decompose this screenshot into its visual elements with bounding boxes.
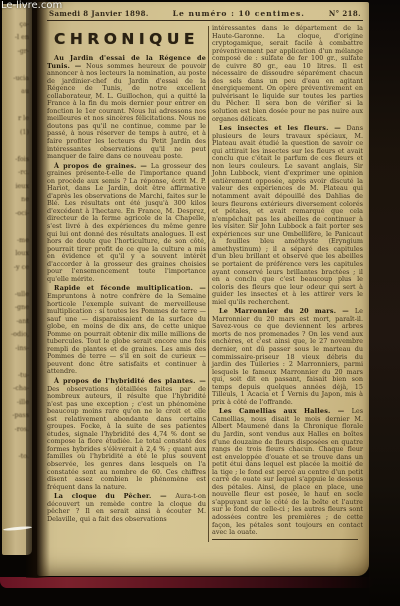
previous-page-text-fragment: [2, 355, 32, 369]
chronicle-item: intéressantes dans le département de la …: [212, 25, 363, 123]
column-end-rule: [212, 539, 358, 540]
chronicle-item: À propos de graines. — La grosseur des g…: [47, 163, 206, 284]
previous-page-text-fragment: -tu-: [2, 369, 32, 383]
page-content: Samedi 8 Janvier 1898. Le numéro : 10 ce…: [37, 2, 369, 552]
previous-page-text-fragment: -gne: [2, 301, 32, 315]
previous-page-text-fragment: [2, 436, 32, 450]
previous-page-text-fragment: [2, 139, 32, 153]
previous-page-text-fragment: -cha-: [2, 382, 32, 396]
item-body: La grosseur des graines présente-t-elle …: [47, 162, 206, 283]
chronicle-item: La cloque du Pêcher. — Aura-t-on découve…: [47, 493, 206, 523]
previous-page-text-fragment: r le: [2, 112, 32, 126]
item-body: Les Camellias, nous disait le mois derni…: [212, 407, 363, 536]
right-column-items: intéressantes dans le département de la …: [212, 25, 363, 537]
previous-page-text-fragment: ieux: [2, 180, 32, 194]
item-body: intéressantes dans le département de la …: [212, 24, 363, 123]
previous-page-text-fragment: loux: [2, 247, 32, 261]
watermark: Le-livre.com: [1, 0, 62, 11]
item-body: Dans plusieurs de leurs travaux spéciaux…: [212, 124, 363, 306]
previous-page-text-fragment: -gr-: [2, 45, 32, 59]
previous-page-text-fragment: -fois: [2, 153, 32, 167]
previous-page-text-fragment: -y ce: [2, 261, 32, 275]
previous-page-text-fragment: au: [2, 85, 32, 99]
item-body: Des observations détaillées faites par d…: [47, 385, 206, 491]
previous-page-text-fragment: -rc.: [2, 166, 32, 180]
previous-page-text-fragment: -ins-: [2, 342, 32, 356]
previous-page-text-fragment: ça-: [2, 18, 32, 32]
chronicle-item: Rapide et féconde multiplication. — Empr…: [47, 285, 206, 376]
chronicle-item: Les insectes et les fleurs. — Dans plusi…: [212, 125, 363, 306]
scanned-newspaper-page: ça- -l en -gr- -ucia au r le (1) -fois -…: [0, 0, 400, 606]
previous-page-text-fragment: -ille: [2, 396, 32, 410]
previous-page-text-fragment: -me: [2, 234, 32, 248]
previous-page-text-fragment: -ros.: [2, 423, 32, 437]
previous-page-text-fragment: -l en: [2, 31, 32, 45]
masthead-price: Le numéro : 10 centimes.: [173, 9, 305, 18]
previous-page-text-fragment: [2, 274, 32, 288]
section-title: CHRONIQUE: [47, 30, 206, 48]
left-column: CHRONIQUE Au Jardin d'essai de la Régenc…: [47, 24, 206, 552]
item-body: Empruntons à notre confrère de la Semain…: [47, 292, 206, 375]
item-body: Nous sommes heureux de pouvoir annoncer …: [47, 62, 206, 161]
previous-page-text-fragment: [2, 58, 32, 72]
previous-page-text-fragment: (1): [2, 126, 32, 140]
columns: CHRONIQUE Au Jardin d'essai de la Régenc…: [47, 24, 363, 552]
scan-right-edge: [369, 0, 400, 606]
previous-page-text-fragment: -odio,: [2, 328, 32, 342]
previous-page-text-fragment: ne: [2, 193, 32, 207]
chronicle-item: À propos de l'hybridité des plantes. — D…: [47, 378, 206, 491]
masthead-issue-number: N° 218.: [329, 9, 361, 18]
right-column: intéressantes dans le département de la …: [212, 24, 363, 552]
left-column-items: Au Jardin d'essai de la Régence de Tunis…: [47, 55, 206, 523]
previous-page-text-fragment: [2, 99, 32, 113]
previous-page-edge: ça- -l en -gr- -ucia au r le (1) -fois -…: [2, 4, 32, 555]
previous-page-text-fragment: -ant: [2, 315, 32, 329]
chronicle-item: Les Camellias aux Halles. — Les Camellia…: [212, 408, 363, 536]
previous-page-text-fragment: -to.: [2, 450, 32, 464]
masthead-date: Samedi 8 Janvier 1898.: [49, 9, 149, 18]
chronicle-item: Le Marronnier du 20 mars. — Le Marronnie…: [212, 308, 363, 406]
previous-page-text-fragment: [2, 220, 32, 234]
column-divider-rule: [208, 26, 209, 542]
item-body: Le Marronnier du 20 mars est mort, paraî…: [212, 307, 363, 406]
book-binding-strip: [0, 577, 374, 588]
chronicle-item: Au Jardin d'essai de la Régence de Tunis…: [47, 55, 206, 161]
previous-page-text-fragment: -pass: [2, 409, 32, 423]
previous-page-text-fragment: -oci-: [2, 207, 32, 221]
previous-page-text-fragment: -ulle: [2, 288, 32, 302]
masthead: Samedi 8 Janvier 1898. Le numéro : 10 ce…: [47, 9, 363, 21]
page: Samedi 8 Janvier 1898. Le numéro : 10 ce…: [37, 2, 369, 576]
previous-page-text-fragment: -ucia: [2, 72, 32, 86]
